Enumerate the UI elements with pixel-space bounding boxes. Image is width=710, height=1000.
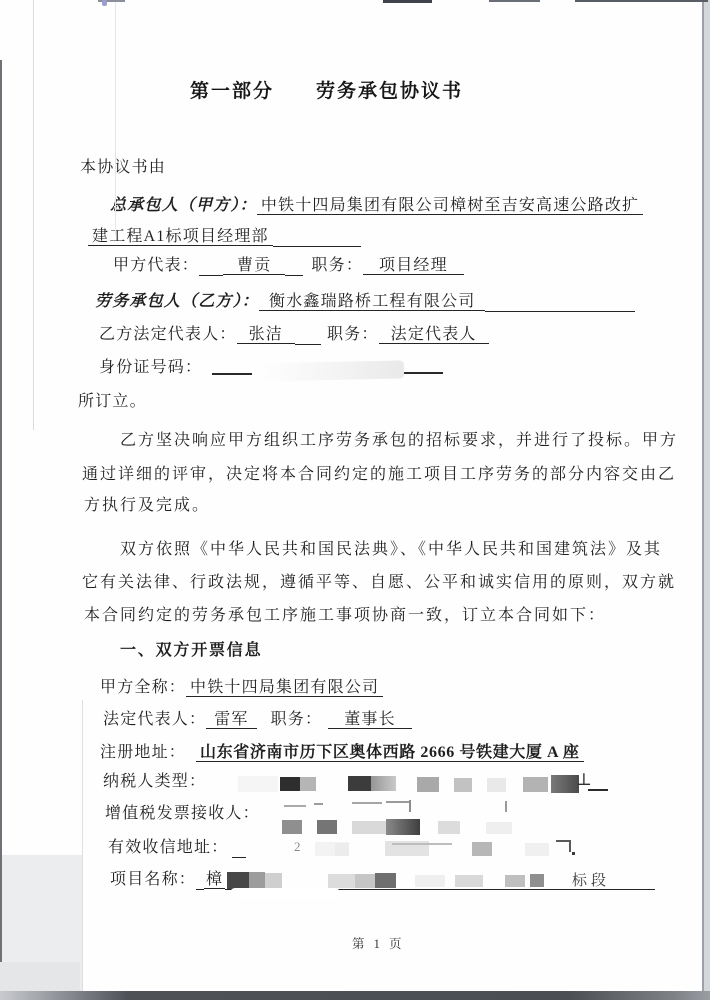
- redaction-block: [265, 873, 282, 889]
- page-edge-left: [0, 60, 2, 995]
- legal-rep-duty-label: 职务：: [271, 711, 323, 728]
- redaction-smudge: [252, 360, 404, 381]
- party-b-rep-duty: 法定代表人: [379, 326, 489, 344]
- legal-rep-duty: 董事长: [328, 711, 412, 729]
- redaction-block: [238, 776, 278, 792]
- billing-reg-address-line: 注册地址：山东省济南市历下区奥体西路 2666 号铁建大厦 A 座: [100, 743, 584, 763]
- recital-p1-line1: 乙方坚决响应甲方组织工序劳务承包的招标要求，并进行了投标。甲方: [120, 431, 678, 451]
- id-underline-segment: [212, 373, 254, 375]
- redaction-block: [487, 778, 506, 792]
- intro-text: 本协议书由: [80, 159, 166, 176]
- scan-crease: [33, 0, 34, 430]
- made-by-line: 所订立。: [78, 392, 147, 412]
- party-a-rep-duty-label: 职务：: [311, 257, 363, 274]
- party-a-fullname: 中铁十四局集团有限公司: [186, 679, 383, 697]
- project-name-end: 标段: [572, 873, 610, 889]
- redaction-block: [454, 778, 472, 792]
- blank-underline: [295, 327, 321, 345]
- redaction-block: [355, 874, 375, 888]
- legal-rep-name: 雷军: [206, 711, 256, 729]
- party-b-rep-name: 张洁: [237, 326, 295, 344]
- blank-underline: [273, 229, 361, 247]
- party-a-rep-line: 甲方代表：曹贡职务：项目经理: [113, 256, 464, 276]
- text-remnant: [386, 801, 410, 803]
- party-b-rep-duty-label: 职务：: [327, 326, 379, 343]
- fragment-glyph: ⊥: [576, 770, 592, 789]
- blank-underline: [232, 840, 246, 858]
- redaction-block: [455, 875, 483, 887]
- underline-segment: [588, 789, 608, 791]
- redaction-block: [249, 872, 265, 889]
- made-by-text: 所订立。: [78, 393, 147, 410]
- recital-p2-line3: 本合同约定的劳务承包工序施工事项协商一致，订立本合同如下：: [84, 606, 606, 626]
- party-b-rep-line: 乙方法定代表人：张洁职务：法定代表人: [99, 325, 489, 345]
- id-number-line: 身份证号码：: [99, 358, 202, 378]
- recital-p1-line2: 通过详细的评审，决定将本合同约定的施工项目工序劳务的部分内容交由乙: [82, 465, 676, 485]
- recital-p2-line1: 双方依照《中华人民共和国民法典》、《中华人民共和国建筑法》及其: [120, 540, 662, 560]
- section1-heading-text: 一、双方开票信息: [120, 642, 262, 659]
- scan-speck: [102, 0, 107, 6]
- party-b-rep-label: 乙方法定代表人：: [99, 326, 237, 343]
- redaction-block: [525, 843, 549, 856]
- scan-crease: [115, 0, 116, 235]
- page-footer: 第 1 页: [352, 934, 405, 954]
- redaction-block: [415, 875, 445, 887]
- blank-underline: [285, 258, 303, 276]
- billing-vat-receiver-line: 增值税发票接收人：: [105, 804, 260, 824]
- redaction-block: [438, 821, 460, 834]
- recital-text: 方执行及完成。: [84, 497, 210, 514]
- party-a-line2: 建工程A1标项目经理部: [88, 227, 361, 247]
- redaction-block: [352, 821, 386, 834]
- redaction-block: [371, 776, 396, 791]
- recital-text: 它有关法律、行政法规，遵循平等、自愿、公平和诚实信用的原则，双方就: [82, 574, 676, 591]
- scan-crease: [82, 700, 83, 992]
- text-remnant: [352, 802, 382, 804]
- party-a-name-part1: 中铁十四局集团有限公司樟树至吉安高速公路改扩: [257, 197, 643, 215]
- fragment-glyph: 2: [294, 839, 301, 854]
- project-name-start: 樟: [204, 871, 225, 889]
- text-remnant: [556, 840, 571, 852]
- party-b-label: 劳务承包人（乙方）：: [95, 293, 259, 310]
- redaction-block: [551, 775, 579, 793]
- reg-address-label: 注册地址：: [100, 744, 186, 761]
- section1-heading: 一、双方开票信息: [120, 641, 262, 661]
- intro-line: 本协议书由: [80, 158, 166, 178]
- blank-underline: [196, 872, 204, 890]
- billing-taxpayer-type-line: 纳税人类型：: [103, 772, 206, 792]
- party-a-label: 总承包人（甲方）：: [110, 197, 257, 214]
- id-number-label: 身份证号码：: [99, 359, 202, 376]
- scanned-contract-page: 第一部分 劳务承包协议书 本协议书由 总承包人（甲方）：中铁十四局集团有限公司樟…: [0, 0, 710, 1000]
- redaction-block: [280, 777, 300, 791]
- redaction-block: [300, 777, 316, 791]
- text-remnant: [505, 801, 507, 812]
- title-text: 第一部分 劳务承包协议书: [190, 81, 463, 102]
- text-remnant: [314, 803, 323, 805]
- recital-text: 乙方坚决响应甲方组织工序劳务承包的招标要求，并进行了投标。甲方: [120, 432, 678, 449]
- scan-shadow: [0, 962, 80, 991]
- party-b-name: 衡水鑫瑞路桥工程有限公司: [259, 293, 485, 311]
- id-underline-segment: [400, 372, 443, 374]
- redaction-block: [328, 874, 355, 888]
- text-remnant: [392, 843, 452, 845]
- redaction-block: [530, 874, 544, 887]
- party-a-fullname-label: 甲方全称：: [100, 679, 186, 696]
- party-a-rep-name: 曹贡: [223, 257, 285, 275]
- mail-lead-fragment: 2: [294, 839, 301, 855]
- redaction-block: [486, 822, 512, 834]
- scanner-background-right: [704, 0, 710, 1000]
- party-a-rep-duty: 项目经理: [363, 257, 464, 275]
- project-name-end-fragment: 标段: [572, 869, 610, 890]
- vat-receiver-label: 增值税发票接收人：: [105, 805, 260, 822]
- billing-mail-address-line: 有效收信地址：: [108, 838, 246, 858]
- recital-p1-line3: 方执行及完成。: [84, 496, 210, 516]
- redaction-block: [317, 820, 337, 834]
- project-name-label: 项目名称：: [110, 871, 196, 888]
- redaction-block: [348, 776, 371, 791]
- blank-underline: [199, 258, 223, 276]
- redaction-block: [227, 872, 249, 889]
- redaction-block: [505, 875, 525, 887]
- page-edge-top: [489, 0, 540, 2]
- billing-legal-rep-line: 法定代表人：雷军职务：董事长: [103, 710, 412, 730]
- legal-rep-label: 法定代表人：: [103, 711, 206, 728]
- taxpayer-type-label: 纳税人类型：: [103, 773, 206, 790]
- billing-fullname-line: 甲方全称：中铁十四局集团有限公司: [100, 678, 383, 698]
- redaction-block: [523, 777, 548, 792]
- whiteout-smudge: [230, 888, 340, 898]
- redaction-block: [282, 820, 302, 834]
- blank-underline: [485, 294, 635, 312]
- text-remnant: [284, 805, 306, 807]
- redaction-block: [335, 843, 349, 856]
- recital-text: 通过详细的评审，决定将本合同约定的施工项目工序劳务的部分内容交由乙: [82, 466, 676, 483]
- page-edge-top: [383, 0, 432, 3]
- party-a-rep-label: 甲方代表：: [113, 257, 199, 274]
- scanner-background-bottom: [0, 991, 710, 1000]
- text-remnant: [572, 852, 575, 855]
- redaction-block: [386, 819, 420, 835]
- recital-p2-line2: 它有关法律、行政法规，遵循平等、自愿、公平和诚实信用的原则，双方就: [82, 573, 676, 593]
- recital-text: 本合同约定的劳务承包工序施工事项协商一致，订立本合同如下：: [84, 607, 606, 624]
- redaction-block: [375, 873, 396, 888]
- recital-text: 双方依照《中华人民共和国民法典》、《中华人民共和国建筑法》及其: [120, 541, 662, 558]
- party-b-line: 劳务承包人（乙方）：衡水鑫瑞路桥工程有限公司: [95, 292, 635, 312]
- reg-address: 山东省济南市历下区奥体西路 2666 号铁建大厦 A 座: [196, 744, 583, 762]
- redaction-block: [472, 842, 492, 856]
- page-edge-top: [575, 0, 708, 2]
- taxpayer-tail-fragment: ⊥: [576, 770, 592, 790]
- page-number: 第 1 页: [352, 937, 405, 951]
- document-title: 第一部分 劳务承包协议书: [190, 82, 463, 102]
- mail-address-label: 有效收信地址：: [108, 839, 228, 856]
- text-remnant: [409, 800, 411, 812]
- party-a-line1: 总承包人（甲方）：中铁十四局集团有限公司樟树至吉安高速公路改扩: [110, 196, 643, 216]
- redaction-block: [417, 777, 439, 792]
